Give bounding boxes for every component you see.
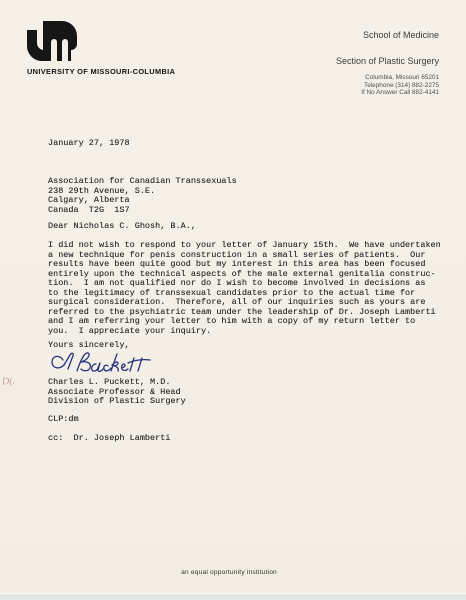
salutation-line: Dear Nicholas C. Ghosh, B.A., bbox=[48, 222, 196, 232]
signature-handwriting bbox=[50, 350, 158, 378]
university-missouri-logo-icon bbox=[27, 21, 77, 61]
handwritten-margin-note: D(. bbox=[2, 376, 16, 388]
school-name: School of Medicine bbox=[363, 30, 439, 40]
cc-line: cc: Dr. Joseph Lamberti bbox=[48, 434, 170, 444]
university-name: UNIVERSITY OF MISSOURI-COLUMBIA bbox=[27, 67, 175, 76]
equal-opportunity-footer: an equal opportunity institution bbox=[0, 569, 458, 576]
department-name: Section of Plastic Surgery bbox=[336, 56, 439, 66]
letter-date: January 27, 1978 bbox=[48, 139, 130, 149]
scan-edge-strip bbox=[0, 593, 466, 600]
scanned-letter-page: UNIVERSITY OF MISSOURI-COLUMBIA School o… bbox=[0, 0, 466, 600]
letter-body-paragraph: I did not wish to respond to your letter… bbox=[48, 241, 441, 336]
recipient-address-block: Association for Canadian Transsexuals 23… bbox=[48, 177, 237, 215]
letterhead-contact-block: Columbia, Missouri 65201 Telephone (314)… bbox=[361, 74, 439, 97]
signer-name-block: Charles L. Puckett, M.D. Associate Profe… bbox=[48, 378, 186, 407]
reference-initials: CLP:dm bbox=[48, 415, 79, 425]
